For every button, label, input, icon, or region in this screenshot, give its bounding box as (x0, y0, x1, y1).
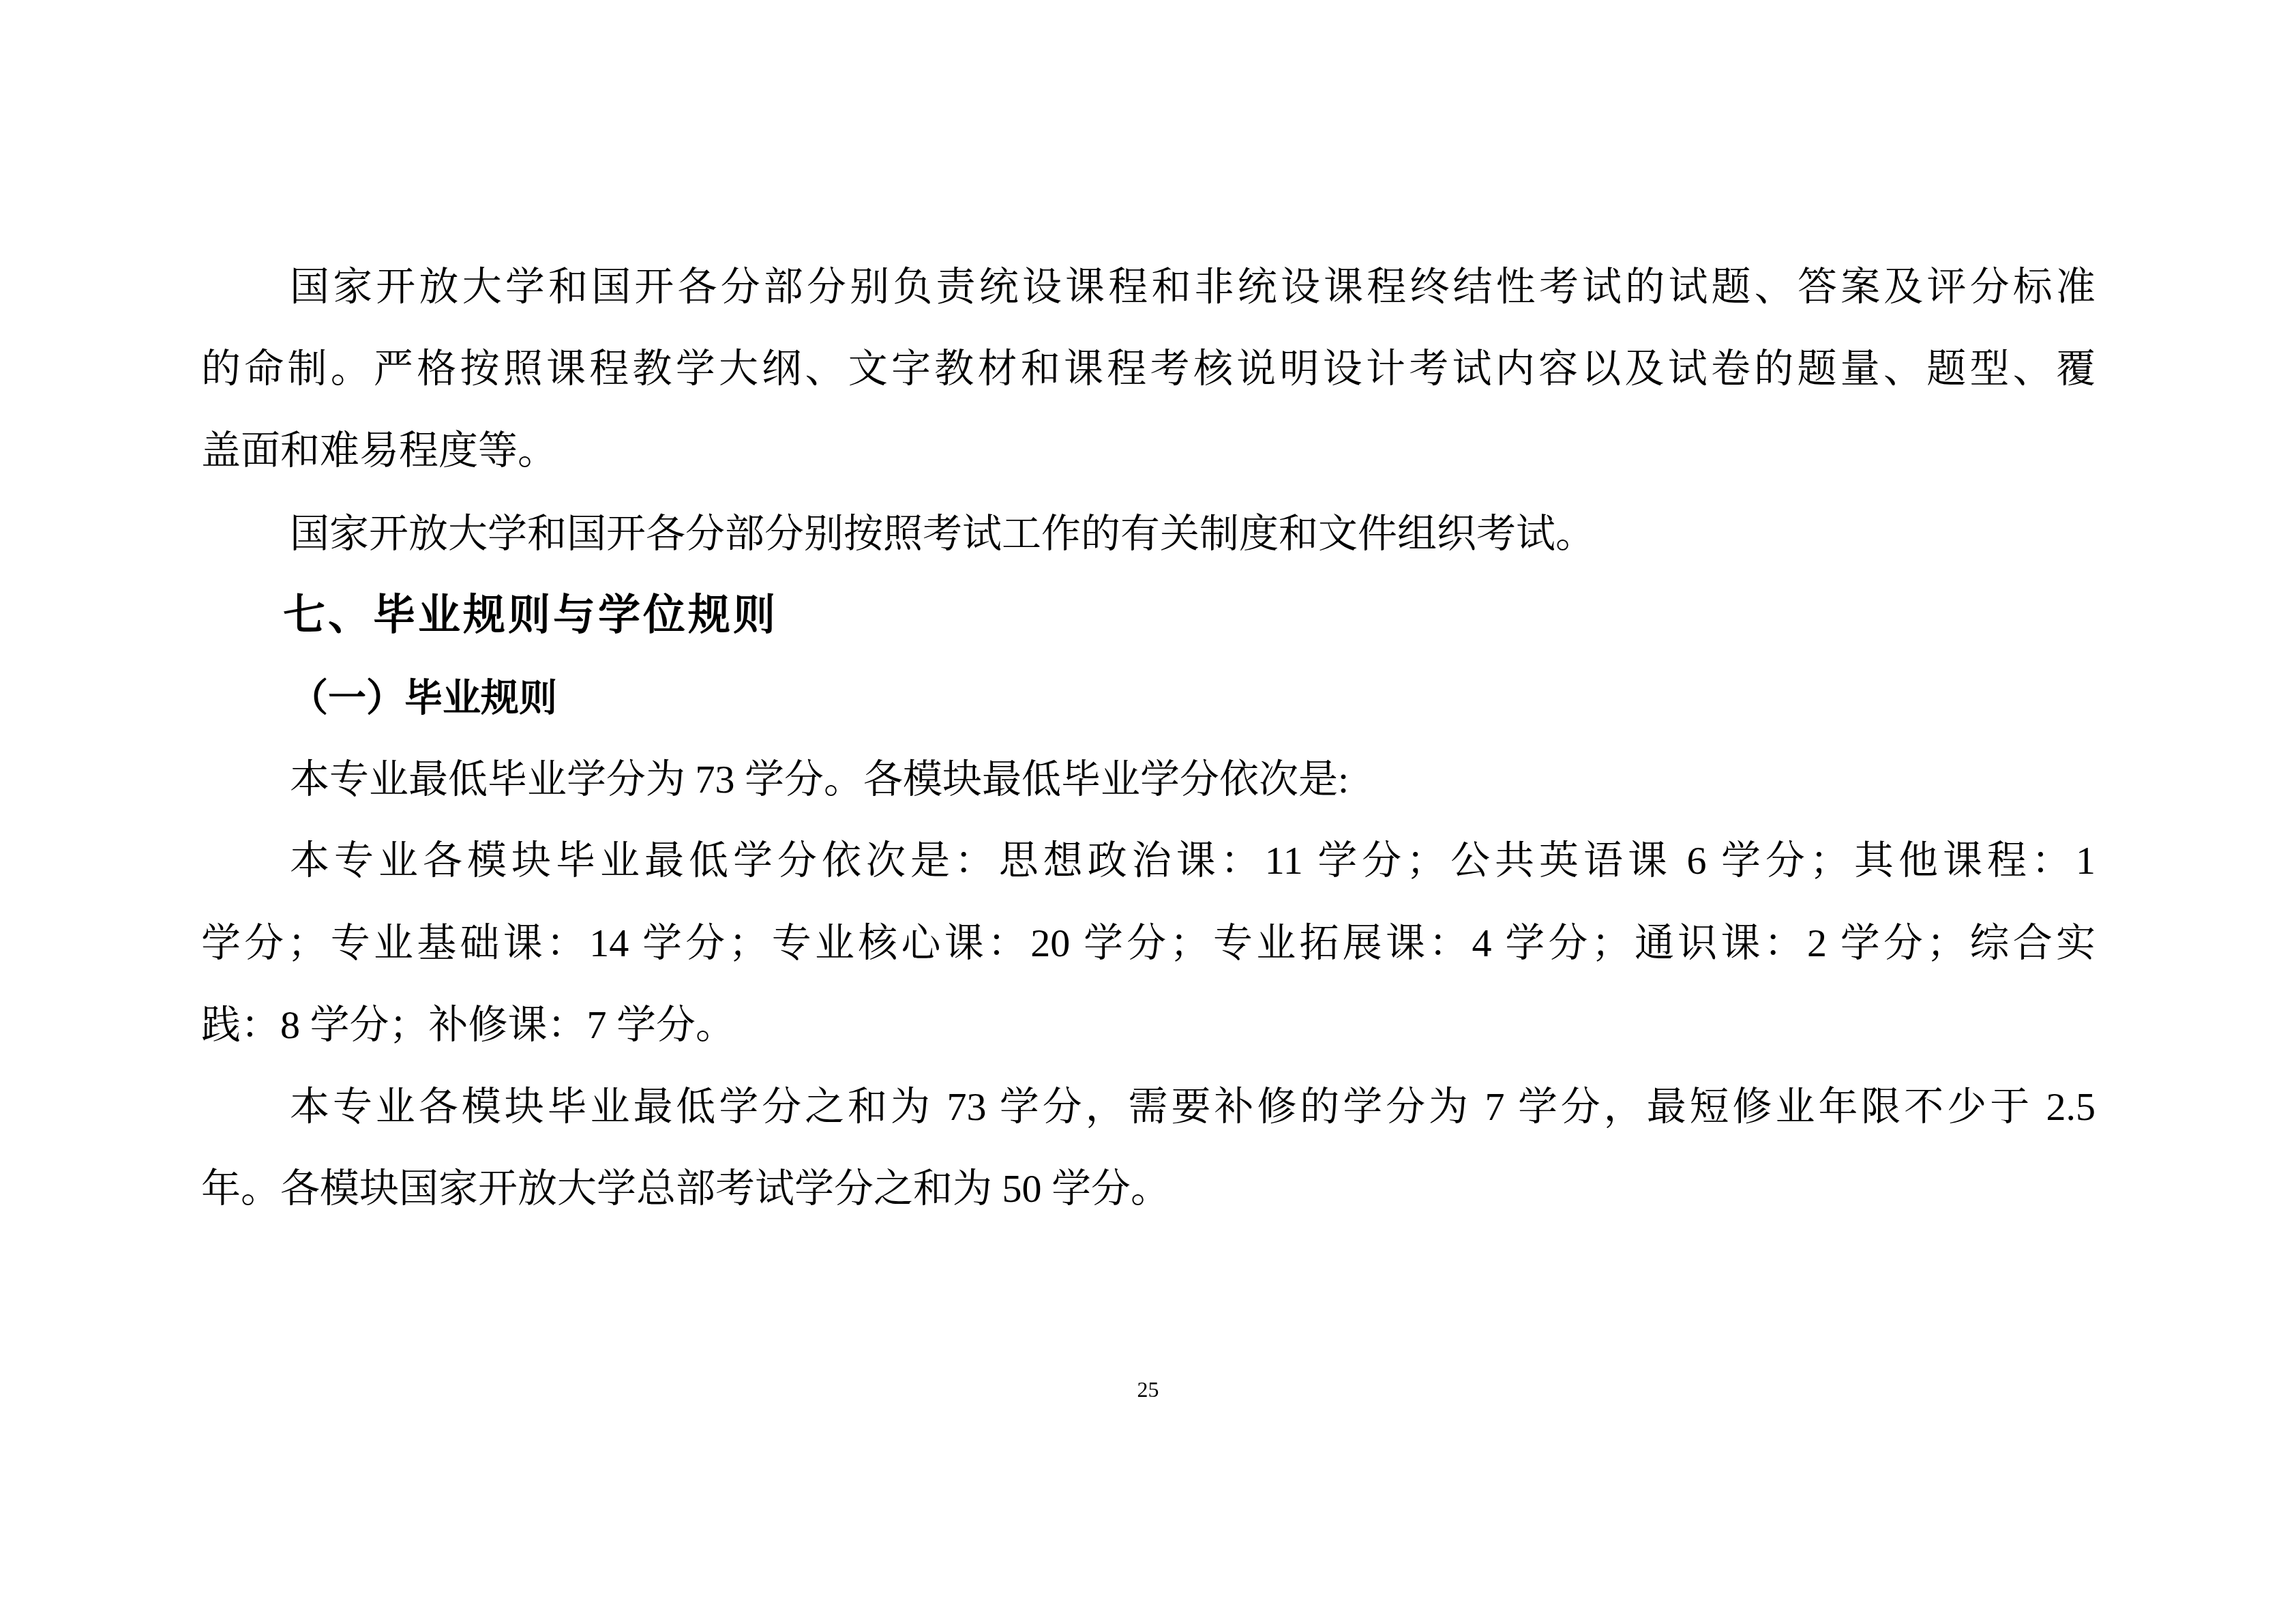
paragraph-credit-sum-line-2: 年。各模块国家开放大学总部考试学分之和为 50 学分。 (201, 1148, 2096, 1230)
paragraph-minimum-credits: 本专业最低毕业学分为 73 学分。各模块最低毕业学分依次是: (290, 739, 2096, 821)
paragraph-exam-responsibility-line-2: 的命制。严格按照课程教学大纲、文字教材和课程考核说明设计考试内容以及试卷的题量、… (201, 328, 2096, 410)
paragraph-module-credits-line-3: 践：8 学分；补修课：7 学分。 (201, 984, 2096, 1066)
paragraph-module-credits-line-1: 本专业各模块毕业最低学分依次是：思想政治课：11 学分；公共英语课 6 学分；其… (290, 820, 2096, 902)
paragraph-exam-responsibility-line-1: 国家开放大学和国开各分部分别负责统设课程和非统设课程终结性考试的试题、答案及评分… (290, 246, 2096, 328)
subsection-heading: （一）毕业规则 (290, 657, 557, 739)
paragraph-credit-sum-line-1: 本专业各模块毕业最低学分之和为 73 学分，需要补修的学分为 7 学分，最短修业… (290, 1066, 2096, 1148)
page-number: 25 (0, 1376, 2296, 1403)
document-page: 国家开放大学和国开各分部分别负责统设课程和非统设课程终结性考试的试题、答案及评分… (0, 0, 2296, 1624)
paragraph-module-credits-line-2: 学分；专业基础课：14 学分；专业核心课：20 学分；专业拓展课：4 学分；通识… (201, 902, 2096, 984)
paragraph-exam-responsibility-line-3: 盖面和难易程度等。 (201, 410, 2096, 492)
paragraph-exam-organization: 国家开放大学和国开各分部分别按照考试工作的有关制度和文件组织考试。 (290, 493, 2096, 575)
section-heading: 七、毕业规则与学位规则 (283, 574, 778, 656)
